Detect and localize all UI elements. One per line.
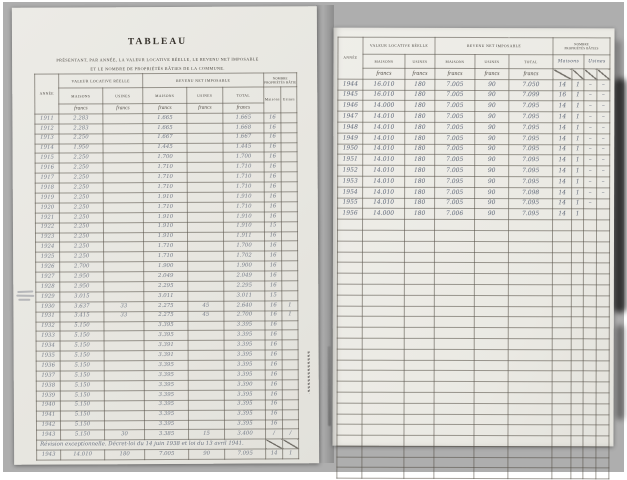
right-page: ANNÉE VALEUR LOCATIVE RÉELLE REVENU NET …: [332, 28, 614, 447]
value-cell: 7.005: [435, 166, 475, 177]
value-cell: [103, 123, 143, 133]
value-cell: [596, 285, 609, 296]
value-cell: [508, 392, 552, 403]
value-cell: 14.010: [363, 133, 405, 144]
value-cell: 1.700: [223, 152, 264, 162]
year-cell: [337, 306, 362, 317]
value-cell: 5.150: [60, 401, 104, 411]
unit-label: francs: [223, 103, 264, 113]
value-cell: [508, 446, 552, 457]
value-cell: 14: [553, 101, 572, 112]
value-cell: 7.095: [509, 101, 553, 112]
col-header-nb-usines-handwritten: Usines: [584, 55, 610, 69]
value-cell: [583, 296, 596, 307]
value-cell: [597, 198, 610, 209]
document-subtitle-line1: PRÉSENTANT, PAR ANNÉE, LA VALEUR LOCATIV…: [12, 56, 303, 63]
value-cell: [104, 321, 144, 331]
value-cell: 2.700: [60, 262, 104, 272]
value-cell: [434, 241, 474, 252]
value-cell: [404, 295, 434, 306]
table-row: [337, 457, 609, 469]
value-cell: [474, 328, 508, 339]
value-cell: [188, 242, 224, 252]
value-cell: [434, 284, 474, 295]
value-cell: 1: [572, 123, 584, 134]
value-cell: 1.667: [143, 133, 187, 143]
value-cell: 3.395: [224, 330, 265, 340]
value-cell: –: [584, 188, 597, 199]
table-row: [337, 295, 609, 307]
value-cell: 2.250: [59, 203, 103, 213]
unit-label: francs: [187, 103, 223, 113]
value-cell: 16: [264, 123, 281, 133]
value-cell: 3.395: [224, 419, 265, 429]
value-cell: [188, 360, 224, 370]
value-cell: 7.095: [509, 209, 553, 220]
value-cell: –: [584, 155, 597, 166]
year-cell: 1917: [35, 173, 59, 183]
year-cell: 1934: [36, 341, 60, 351]
value-cell: [362, 414, 404, 425]
value-cell: [474, 457, 508, 468]
value-cell: 180: [105, 450, 145, 460]
value-cell: 1.910: [143, 222, 187, 232]
value-cell: 1.911: [223, 232, 264, 242]
value-cell: [571, 274, 583, 285]
year-cell: 1941: [36, 411, 60, 421]
table-row: 194914.0101807.005907.095141––: [338, 133, 610, 145]
value-cell: 3.395: [144, 380, 188, 390]
value-cell: 3.011: [144, 291, 188, 301]
table-row: [338, 219, 610, 231]
value-cell: [104, 252, 144, 262]
value-cell: –: [584, 144, 597, 155]
value-cell: [552, 317, 571, 328]
value-cell: [104, 272, 144, 282]
value-cell: 7.099: [509, 90, 553, 101]
value-cell: [188, 291, 224, 301]
value-cell: 180: [405, 122, 435, 133]
table-header: ANNÉE VALEUR LOCATIVE RÉELLE REVENU NET …: [338, 37, 610, 80]
value-cell: [508, 457, 552, 468]
value-cell: [583, 425, 596, 436]
value-cell: [404, 263, 434, 274]
value-cell: [281, 192, 297, 202]
value-cell: 14: [266, 449, 283, 459]
value-cell: 1.910: [143, 192, 187, 202]
value-cell: [188, 341, 224, 351]
value-cell: [362, 468, 404, 479]
value-cell: [584, 209, 597, 220]
value-cell: 90: [475, 133, 509, 144]
value-cell: [474, 295, 508, 306]
value-cell: 16: [553, 90, 572, 101]
value-cell: 7.095: [435, 176, 475, 187]
value-cell: [282, 350, 298, 360]
value-cell: –: [584, 112, 597, 123]
value-cell: [282, 400, 298, 410]
value-cell: 16: [265, 360, 282, 370]
value-cell: 1.910: [143, 212, 187, 222]
value-cell: –: [584, 123, 597, 134]
value-cell: [434, 468, 474, 479]
value-cell: [282, 231, 298, 241]
group-header-valeur-locative: VALEUR LOCATIVE RÉELLE: [59, 74, 143, 88]
value-cell: [552, 295, 571, 306]
value-cell: 1.700: [224, 241, 265, 251]
value-cell: [434, 435, 474, 446]
value-cell: 90: [475, 176, 509, 187]
value-cell: 30: [105, 430, 145, 440]
value-cell: [104, 390, 144, 400]
value-cell: 14: [553, 112, 572, 123]
value-cell: [583, 382, 596, 393]
value-cell: 5.150: [60, 371, 104, 381]
year-cell: [337, 273, 362, 284]
value-cell: [104, 381, 144, 391]
value-cell: 2.950: [60, 272, 104, 282]
value-cell: –: [597, 112, 610, 123]
table-row: 195314.0101807.095907.095141––: [338, 176, 610, 188]
value-cell: [508, 274, 552, 285]
value-cell: 3.011: [224, 291, 265, 301]
value-cell: 7.095: [509, 155, 553, 166]
value-cell: 1: [572, 101, 584, 112]
value-cell: [571, 425, 583, 436]
value-cell: 180: [405, 176, 435, 187]
value-cell: [362, 306, 404, 317]
value-cell: –: [584, 90, 597, 101]
value-cell: [571, 360, 583, 371]
value-cell: [596, 458, 609, 469]
value-cell: 180: [405, 155, 435, 166]
value-cell: 16: [264, 212, 281, 222]
value-cell: [188, 390, 224, 400]
value-cell: [474, 468, 508, 479]
table-row: [337, 316, 609, 328]
value-cell: 14: [553, 133, 572, 144]
year-cell: 1919: [35, 193, 59, 203]
unit-label: francs: [363, 68, 405, 79]
value-cell: 2.250: [60, 252, 104, 262]
value-cell: 2.640: [224, 301, 265, 311]
value-cell: 7.005: [435, 133, 475, 144]
year-cell: 1942: [36, 421, 60, 431]
value-cell: 16: [264, 162, 281, 172]
value-cell: 45: [188, 301, 224, 311]
value-cell: [474, 446, 508, 457]
table-body: 19112.2831.6651.6651619122.2831.6651.668…: [35, 113, 299, 441]
value-cell: [474, 425, 508, 436]
value-cell: [596, 263, 609, 274]
value-cell: [404, 425, 434, 436]
value-cell: 1.665: [143, 113, 187, 123]
year-cell: 1953: [338, 176, 363, 187]
col-header-rev-usines: USINES: [187, 87, 223, 103]
value-cell: [596, 242, 609, 253]
value-cell: –: [597, 134, 610, 145]
value-cell: 16: [264, 113, 281, 123]
value-cell: 16: [265, 301, 282, 311]
value-cell: [434, 403, 474, 414]
value-cell: 90: [475, 90, 509, 101]
value-cell: 2.250: [59, 133, 103, 143]
value-cell: [187, 202, 223, 212]
value-cell: [508, 436, 552, 447]
value-cell: [583, 252, 596, 263]
value-cell: 7.005: [435, 122, 475, 133]
value-cell: [103, 153, 143, 163]
value-cell: [474, 382, 508, 393]
value-cell: 14: [553, 198, 572, 209]
value-cell: [282, 330, 298, 340]
document-title: TABLEAU: [12, 36, 303, 48]
value-cell: [434, 382, 474, 393]
value-cell: [404, 349, 434, 360]
value-cell: [434, 328, 474, 339]
value-cell: 33: [104, 301, 144, 311]
value-cell: [188, 380, 224, 390]
col-header-nb-usines: Usines: [281, 87, 297, 113]
year-cell: 1945: [338, 90, 363, 101]
year-cell: 1911: [35, 114, 59, 124]
year-cell: 1931: [36, 312, 60, 322]
value-cell: [572, 231, 584, 242]
value-cell: 7.095: [225, 449, 266, 459]
group-header-valeur-locative: VALEUR LOCATIVE RÉELLE: [363, 37, 435, 54]
value-cell: [281, 132, 297, 142]
value-cell: [571, 285, 583, 296]
value-cell: [596, 468, 609, 479]
value-cell: [583, 414, 596, 425]
value-cell: 1: [282, 301, 298, 311]
year-cell: [337, 403, 362, 414]
year-cell: 1956: [338, 209, 363, 220]
value-cell: 14: [553, 187, 572, 198]
value-cell: 3.637: [60, 302, 104, 312]
value-cell: [434, 295, 474, 306]
value-cell: [571, 371, 583, 382]
value-cell: [474, 371, 508, 382]
year-cell: 1948: [338, 122, 363, 133]
value-cell: 14.010: [363, 144, 405, 155]
value-cell: [281, 113, 297, 123]
col-header-rev-total: TOTAL: [223, 87, 264, 103]
value-cell: –: [584, 166, 597, 177]
value-cell: [552, 263, 571, 274]
value-cell: [187, 192, 223, 202]
value-cell: 180: [405, 187, 435, 198]
value-cell: 1.710: [143, 163, 187, 173]
table-row: [337, 360, 609, 372]
value-cell: [404, 338, 434, 349]
value-cell: [104, 371, 144, 381]
value-cell: 3.395: [144, 361, 188, 371]
value-cell: [103, 212, 143, 222]
value-cell: 1.710: [144, 252, 188, 262]
value-cell: 7.006: [435, 209, 475, 220]
year-cell: 1922: [35, 223, 59, 233]
value-cell: 180: [405, 79, 435, 90]
value-cell: 180: [405, 144, 435, 155]
value-cell: [187, 113, 223, 123]
table-row: 194714.0101807.005907.095141––: [338, 111, 610, 123]
table-row: 195414.0101807.005907.098141––: [338, 187, 610, 199]
year-cell: 1939: [36, 391, 60, 401]
value-cell: –: [584, 134, 597, 145]
value-cell: [187, 143, 223, 153]
value-cell: 180: [405, 101, 435, 112]
value-cell: [583, 328, 596, 339]
value-cell: 1.445: [143, 143, 187, 153]
table-row: [337, 338, 609, 350]
value-cell: [571, 349, 583, 360]
value-cell: 180: [405, 90, 435, 101]
value-cell: 7.095: [509, 198, 553, 209]
value-cell: ∕: [266, 429, 283, 439]
value-cell: 14: [553, 123, 572, 134]
value-cell: [104, 242, 144, 252]
value-cell: 3.015: [60, 292, 104, 302]
table-row: [337, 349, 609, 361]
book-binding-shadow: [615, 40, 621, 80]
col-header-vl-usines: USINES: [103, 88, 143, 104]
value-cell: [404, 381, 434, 392]
value-cell: 7.005: [435, 187, 475, 198]
value-cell: 16: [264, 142, 281, 152]
group-header-nombre-proprietes: NOMBRE PROPRIÉTÉS BÂTIES: [553, 38, 610, 55]
value-cell: [597, 209, 610, 220]
value-cell: 1.900: [144, 262, 188, 272]
value-cell: [474, 403, 508, 414]
year-cell: 1929: [36, 292, 60, 302]
value-cell: [282, 419, 298, 429]
unit-label: francs: [435, 68, 475, 79]
year-cell: 1923: [35, 233, 59, 243]
value-cell: 14: [553, 80, 572, 91]
value-cell: 3.395: [224, 340, 265, 350]
value-cell: [103, 114, 143, 124]
col-header-vl-maisons: MAISONS: [59, 88, 103, 104]
book-binding-shadow: [616, 325, 624, 420]
value-cell: [571, 295, 583, 306]
value-cell: [508, 263, 552, 274]
value-cell: [508, 349, 552, 360]
value-cell: [362, 230, 404, 241]
value-cell: [404, 468, 434, 479]
table-row: [337, 230, 609, 242]
col-header-vl-maisons: MAISONS: [363, 54, 405, 68]
col-header-nb-maisons-handwritten: Maisons: [553, 55, 584, 69]
unit-label: francs: [405, 68, 435, 79]
value-cell: [187, 182, 223, 192]
year-cell: 1955: [338, 198, 363, 209]
value-cell: [596, 360, 609, 371]
value-cell: 3.395: [144, 390, 188, 400]
table-row: [337, 381, 609, 393]
value-cell: [282, 390, 298, 400]
value-cell: 3.395: [224, 350, 265, 360]
value-cell: 90: [475, 155, 509, 166]
value-cell: [282, 320, 298, 330]
value-cell: 14: [553, 209, 572, 220]
value-cell: [104, 410, 144, 420]
year-cell: 1935: [36, 351, 60, 361]
value-cell: [583, 393, 596, 404]
value-cell: 90: [475, 101, 509, 112]
value-cell: [583, 350, 596, 361]
value-cell: [552, 274, 571, 285]
value-cell: [583, 263, 596, 274]
value-cell: [282, 241, 298, 251]
value-cell: [474, 392, 508, 403]
year-cell: [337, 457, 362, 468]
value-cell: [362, 327, 404, 338]
value-cell: 16: [265, 231, 282, 241]
value-cell: [103, 232, 143, 242]
value-cell: [434, 425, 474, 436]
value-cell: 1.710: [143, 173, 187, 183]
value-cell: 5.150: [60, 341, 104, 351]
value-cell: 3.390: [224, 380, 265, 390]
value-cell: 2.700: [224, 311, 265, 321]
value-cell: [282, 281, 298, 291]
value-cell: [508, 317, 552, 328]
value-cell: [282, 360, 298, 370]
value-cell: 3.395: [224, 390, 265, 400]
value-cell: [404, 392, 434, 403]
value-cell: [571, 306, 583, 317]
value-cell: [405, 219, 435, 230]
value-cell: 5.150: [60, 391, 104, 401]
table-body: 194416.0101807.005907.050141––194516.010…: [337, 79, 610, 479]
year-cell: [337, 338, 362, 349]
value-cell: –: [597, 80, 610, 91]
value-cell: [571, 457, 583, 468]
fold-mark: [328, 346, 331, 426]
value-cell: [404, 403, 434, 414]
value-cell: 90: [475, 122, 509, 133]
table-row: [337, 435, 609, 447]
value-cell: 2.283: [59, 114, 103, 124]
value-cell: [475, 220, 509, 231]
value-cell: [552, 403, 571, 414]
value-cell: [552, 447, 571, 458]
table-row: 194516.0101807.005907.099161––: [338, 90, 610, 102]
value-cell: [583, 371, 596, 382]
value-cell: [596, 414, 609, 425]
value-cell: 3.395: [224, 360, 265, 370]
value-cell: 2.250: [59, 193, 103, 203]
value-cell: [508, 382, 552, 393]
value-cell: –: [597, 101, 610, 112]
year-cell: 1930: [36, 302, 60, 312]
value-cell: 7.005: [435, 144, 475, 155]
year-cell: 1932: [36, 322, 60, 332]
year-cell: 1913: [35, 134, 59, 144]
year-cell: 1916: [35, 163, 59, 173]
value-cell: 1.950: [59, 143, 103, 153]
value-cell: [188, 252, 224, 262]
col-header-rev-maisons: MAISONS: [435, 54, 475, 68]
value-cell: [474, 360, 508, 371]
value-cell: [362, 349, 404, 360]
value-cell: [187, 172, 223, 182]
value-cell: [583, 339, 596, 350]
value-cell: [571, 252, 583, 263]
value-cell: [474, 306, 508, 317]
value-cell: [187, 232, 223, 242]
